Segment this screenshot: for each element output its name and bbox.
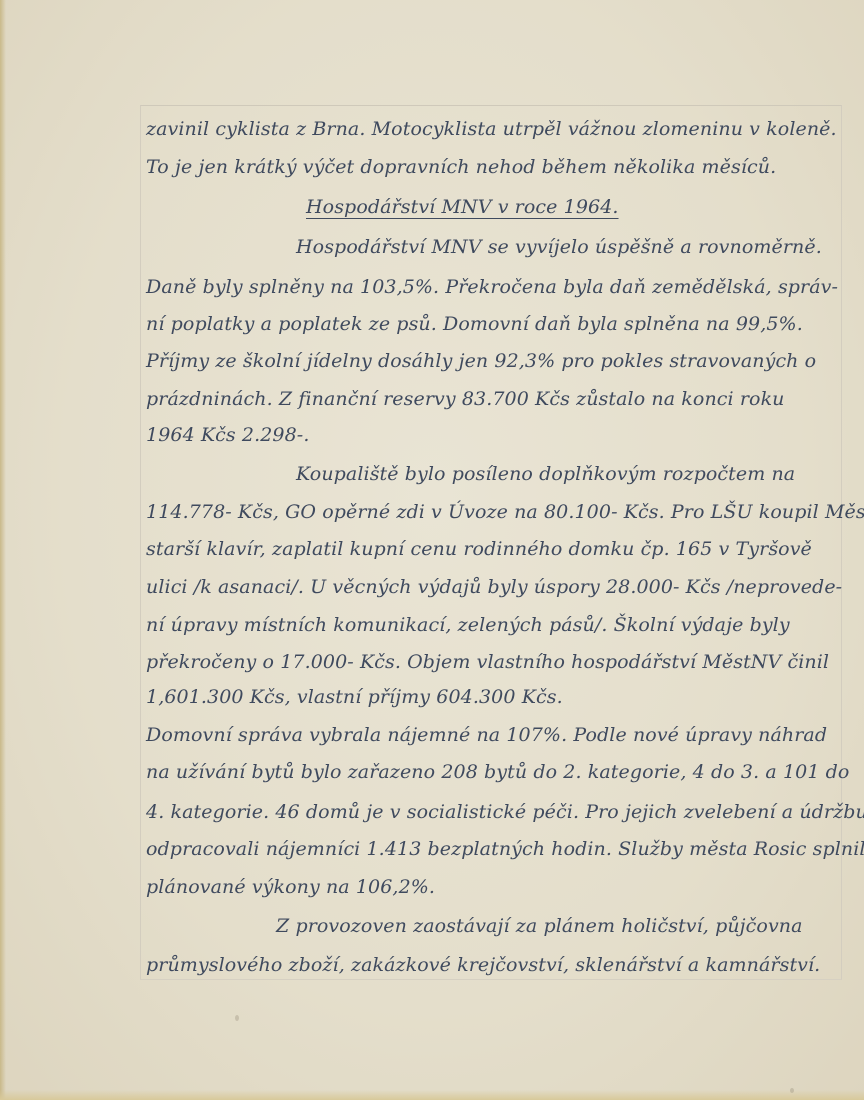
section-heading: Hospodářství MNV v roce 1964.	[306, 196, 619, 218]
text-line: Daně byly splněny na 103,5%. Překročena …	[146, 276, 838, 298]
text-line: plánované výkony na 106,2%.	[146, 876, 435, 898]
text-line: starší klavír, zaplatil kupní cenu rodin…	[146, 538, 812, 560]
text-line: To je jen krátký výčet dopravních nehod …	[146, 156, 776, 178]
text-line: ní úpravy místních komunikací, zelených …	[146, 614, 790, 636]
text-line: prázdninách. Z finanční reservy 83.700 K…	[146, 388, 785, 410]
text-line: Koupaliště bylo posíleno doplňkovým rozp…	[296, 463, 795, 485]
text-line: 1964 Kčs 2.298-.	[146, 424, 309, 446]
text-line: Příjmy ze školní jídelny dosáhly jen 92,…	[146, 350, 816, 372]
paper-page: zavinil cyklista z Brna. Motocyklista ut…	[0, 0, 864, 1100]
text-line: ní poplatky a poplatek ze psů. Domovní d…	[146, 313, 803, 335]
page-bottom-edge	[0, 1090, 864, 1100]
text-line: 114.778- Kčs, GO opěrné zdi v Úvoze na 8…	[146, 501, 864, 523]
text-line: ulici /k asanaci/. U věcných výdajů byly…	[146, 576, 842, 598]
text-line: 4. kategorie. 46 domů je v socialistické…	[146, 801, 864, 823]
text-line: 1,601.300 Kčs, vlastní příjmy 604.300 Kč…	[146, 686, 563, 708]
text-line: překročeny o 17.000- Kčs. Objem vlastníh…	[146, 651, 829, 673]
text-line: Z provozoven zaostávají za plánem holičs…	[276, 915, 803, 937]
text-line: Domovní správa vybrala nájemné na 107%. …	[146, 724, 827, 746]
text-line: Hospodářství MNV se vyvíjelo úspěšně a r…	[296, 236, 822, 258]
paper-stain	[235, 1015, 239, 1021]
page-left-edge	[0, 0, 6, 1100]
paper-stain	[790, 1088, 794, 1093]
text-line: na užívání bytů bylo zařazeno 208 bytů d…	[146, 761, 849, 783]
text-line: odpracovali nájemníci 1.413 bezplatných …	[146, 838, 864, 860]
text-line: průmyslového zboží, zakázkové krejčovstv…	[146, 954, 820, 976]
text-line: zavinil cyklista z Brna. Motocyklista ut…	[146, 118, 837, 140]
